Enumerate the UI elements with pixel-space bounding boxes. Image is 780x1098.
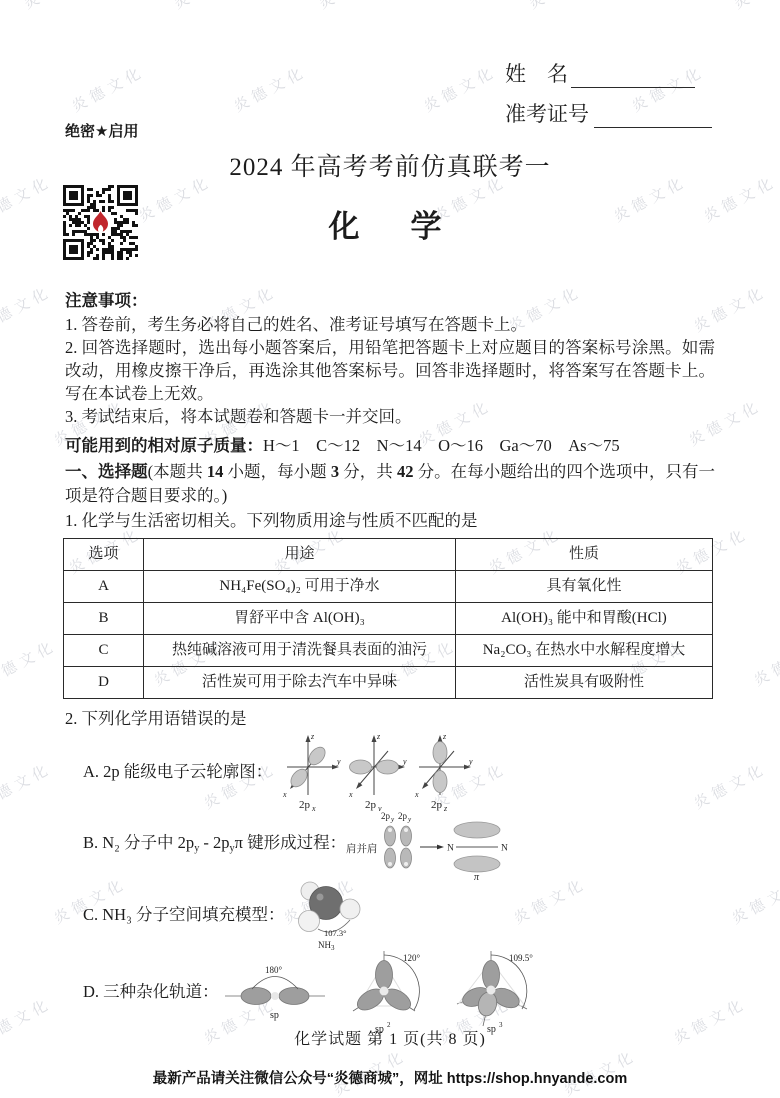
sp-hybrid-diagram: 180° sp: [219, 960, 331, 1022]
svg-text:z: z: [442, 732, 447, 741]
svg-text:z: z: [310, 732, 315, 741]
orbital-2pz-diagram: z y x 2p z: [410, 731, 476, 811]
option-c-row: C. NH₃ 分子空间填充模型： 107.3° NH 3: [65, 880, 715, 948]
notice-list: 1. 答卷前，考生务必将自己的姓名、准考证号填写在答题卡上。2. 回答选择题时，…: [65, 313, 715, 428]
sp2-angle: 120°: [403, 953, 421, 963]
table-row: ANH₄Fe(SO₄)₂ 可用于净水具有氧化性: [64, 571, 713, 603]
page-number: 化学试题 第 1 页(共 8 页): [0, 1026, 780, 1049]
atomic-mass-line: 可能用到的相对原子质量：H～1 C～12 N～14 O～16 Ga～70 As～…: [65, 434, 715, 458]
svg-text:sp: sp: [270, 1010, 279, 1021]
watermark-text: 炎德文化: [20, 0, 101, 14]
watermark-text: 炎德文化: [750, 634, 780, 690]
svg-text:N: N: [447, 844, 454, 854]
svg-text:N: N: [501, 844, 508, 854]
table-cell: 热纯碱溶液可用于清洗餐具表面的油污: [144, 635, 456, 667]
svg-text:y: y: [390, 816, 395, 824]
notice-item: 3. 考试结束后，将本试题卷和答题卡一并交回。: [65, 405, 715, 428]
table-cell: D: [64, 667, 144, 699]
table-header-cell: 选项: [64, 539, 144, 571]
table-cell: A: [64, 571, 144, 603]
table-header-cell: 用途: [144, 539, 456, 571]
name-blank-line: [571, 59, 695, 88]
option-d-row: D. 三种杂化轨道： 180° sp 120: [65, 948, 715, 1034]
svg-text:x: x: [414, 790, 419, 799]
watermark-text: 炎德文化: [0, 280, 55, 336]
svg-text:z: z: [376, 732, 381, 741]
content-column: 注意事项： 1. 答卷前，考生务必将自己的姓名、准考证号填写在答题卡上。2. 回…: [65, 290, 715, 1034]
notice-item: 1. 答卷前，考生务必将自己的姓名、准考证号填写在答题卡上。: [65, 313, 715, 336]
name-fields: 姓 名 准考证号: [505, 48, 712, 128]
svg-text:肩并肩: 肩并肩: [346, 842, 378, 855]
table-cell: 具有氧化性: [456, 571, 713, 603]
table-row: D活性炭可用于除去汽车中异味活性炭具有吸附性: [64, 667, 713, 699]
watermark-text: 炎德文化: [525, 0, 606, 14]
sp2-hybrid-diagram: 120° sp 2: [337, 946, 437, 1036]
question-2-text: 2. 下列化学用语错误的是: [65, 707, 715, 730]
question-1-table: 选项用途性质ANH₄Fe(SO₄)₂ 可用于净水具有氧化性B胃舒平中含 Al(O…: [63, 538, 713, 699]
table-cell: 胃舒平中含 Al(OH)₃: [144, 603, 456, 635]
watermark-text: 炎德文化: [68, 60, 149, 116]
option-b-label: B. N₂ 分子中 2py - 2pyπ 键形成过程：: [83, 831, 346, 860]
notice-heading: 注意事项：: [65, 290, 715, 313]
option-b-row: B. N₂ 分子中 2py - 2pyπ 键形成过程： 肩并肩 2p y 2p …: [65, 810, 715, 880]
sp3-angle: 109.5°: [509, 953, 533, 963]
table-cell: Al(OH)₃ 能中和胃酸(HCl): [456, 603, 713, 635]
table-cell: C: [64, 635, 144, 667]
svg-text:2p: 2p: [398, 811, 408, 821]
svg-text:y: y: [336, 757, 341, 766]
sp-angle: 180°: [265, 965, 283, 975]
table-row: B胃舒平中含 Al(OH)₃Al(OH)₃ 能中和胃酸(HCl): [64, 603, 713, 635]
option-a-label: A. 2p 能级电子云轮廓图：: [83, 760, 272, 783]
svg-text:NH: NH: [318, 940, 331, 950]
table-header-cell: 性质: [456, 539, 713, 571]
secrecy-label: 绝密★启用: [65, 120, 138, 141]
table-row: C热纯碱溶液可用于清洗餐具表面的油污Na₂CO₃ 在热水中水解程度增大: [64, 635, 713, 667]
option-d-label: D. 三种杂化轨道：: [83, 980, 219, 1003]
exam-paper-page: 炎德文化炎德文化炎德文化炎德文化炎德文化炎德文化炎德文化炎德文化炎德文化炎德文化…: [0, 0, 780, 1098]
svg-text:π: π: [474, 872, 480, 881]
atomic-mass-values: H～1 C～12 N～14 O～16 Ga～70 As～75: [263, 436, 620, 455]
svg-text:2p: 2p: [299, 799, 311, 811]
section-1-heading: 一、选择题(本题共 14 小题，每小题 3 分，共 42 分。在每小题给出的四个…: [65, 460, 715, 507]
svg-text:x: x: [282, 790, 287, 799]
watermark-text: 炎德文化: [420, 60, 501, 116]
orbital-2py-diagram: z y x 2p y: [344, 731, 410, 811]
svg-text:y: y: [407, 816, 412, 824]
table-cell: B: [64, 603, 144, 635]
option-c-label: C. NH₃ 分子空间填充模型：: [83, 903, 284, 926]
svg-text:3: 3: [331, 944, 335, 950]
svg-text:x: x: [348, 790, 353, 799]
svg-text:x: x: [311, 804, 316, 811]
atomic-mass-label: 可能用到的相对原子质量：: [65, 437, 263, 455]
sp3-hybrid-diagram: 109.5° sp 3: [443, 946, 547, 1036]
watermark-text: 炎德文化: [0, 757, 55, 813]
nh3-space-filling-model: 107.3° NH 3: [290, 878, 376, 950]
table-cell: 活性炭可用于除去汽车中异味: [144, 667, 456, 699]
watermark-text: 炎德文化: [728, 872, 780, 928]
watermark-text: 炎德文化: [170, 0, 251, 14]
nh3-bond-angle: 107.3°: [324, 928, 347, 938]
svg-text:2p: 2p: [381, 811, 391, 821]
question-1-text: 1. 化学与生活密切相关。下列物质用途与性质不匹配的是: [65, 509, 715, 532]
svg-text:y: y: [402, 757, 407, 766]
watermark-text: 炎德文化: [730, 0, 780, 14]
name-label: 姓 名: [505, 58, 568, 88]
table-cell: 活性炭具有吸附性: [456, 667, 713, 699]
bottom-note: 最新产品请关注微信公众号“炎德商城”，网址 https://shop.hnyan…: [0, 1067, 780, 1088]
notice-item: 2. 回答选择题时，选出每小题答案后，用铅笔把答题卡上对应题目的答案标号涂黑。如…: [65, 336, 715, 405]
table-cell: NH₄Fe(SO₄)₂ 可用于净水: [144, 571, 456, 603]
pi-bond-diagram: 肩并肩 2p y 2p y N N π: [346, 809, 514, 881]
exam-title: 2024 年高考考前仿真联考一: [0, 147, 780, 183]
ticket-blank-line: [594, 99, 712, 128]
watermark-text: 炎德文化: [315, 0, 396, 14]
table-cell: Na₂CO₃ 在热水中水解程度增大: [456, 635, 713, 667]
option-a-row: A. 2p 能级电子云轮廓图： z y x 2p x: [65, 732, 715, 810]
watermark-text: 炎德文化: [0, 634, 60, 690]
ticket-label: 准考证号: [505, 98, 589, 128]
watermark-text: 炎德文化: [230, 60, 311, 116]
orbital-2px-diagram: z y x 2p x: [278, 731, 344, 811]
table-header-row: 选项用途性质: [64, 539, 713, 571]
svg-text:y: y: [468, 757, 473, 766]
subject-title: 化 学: [0, 201, 780, 246]
